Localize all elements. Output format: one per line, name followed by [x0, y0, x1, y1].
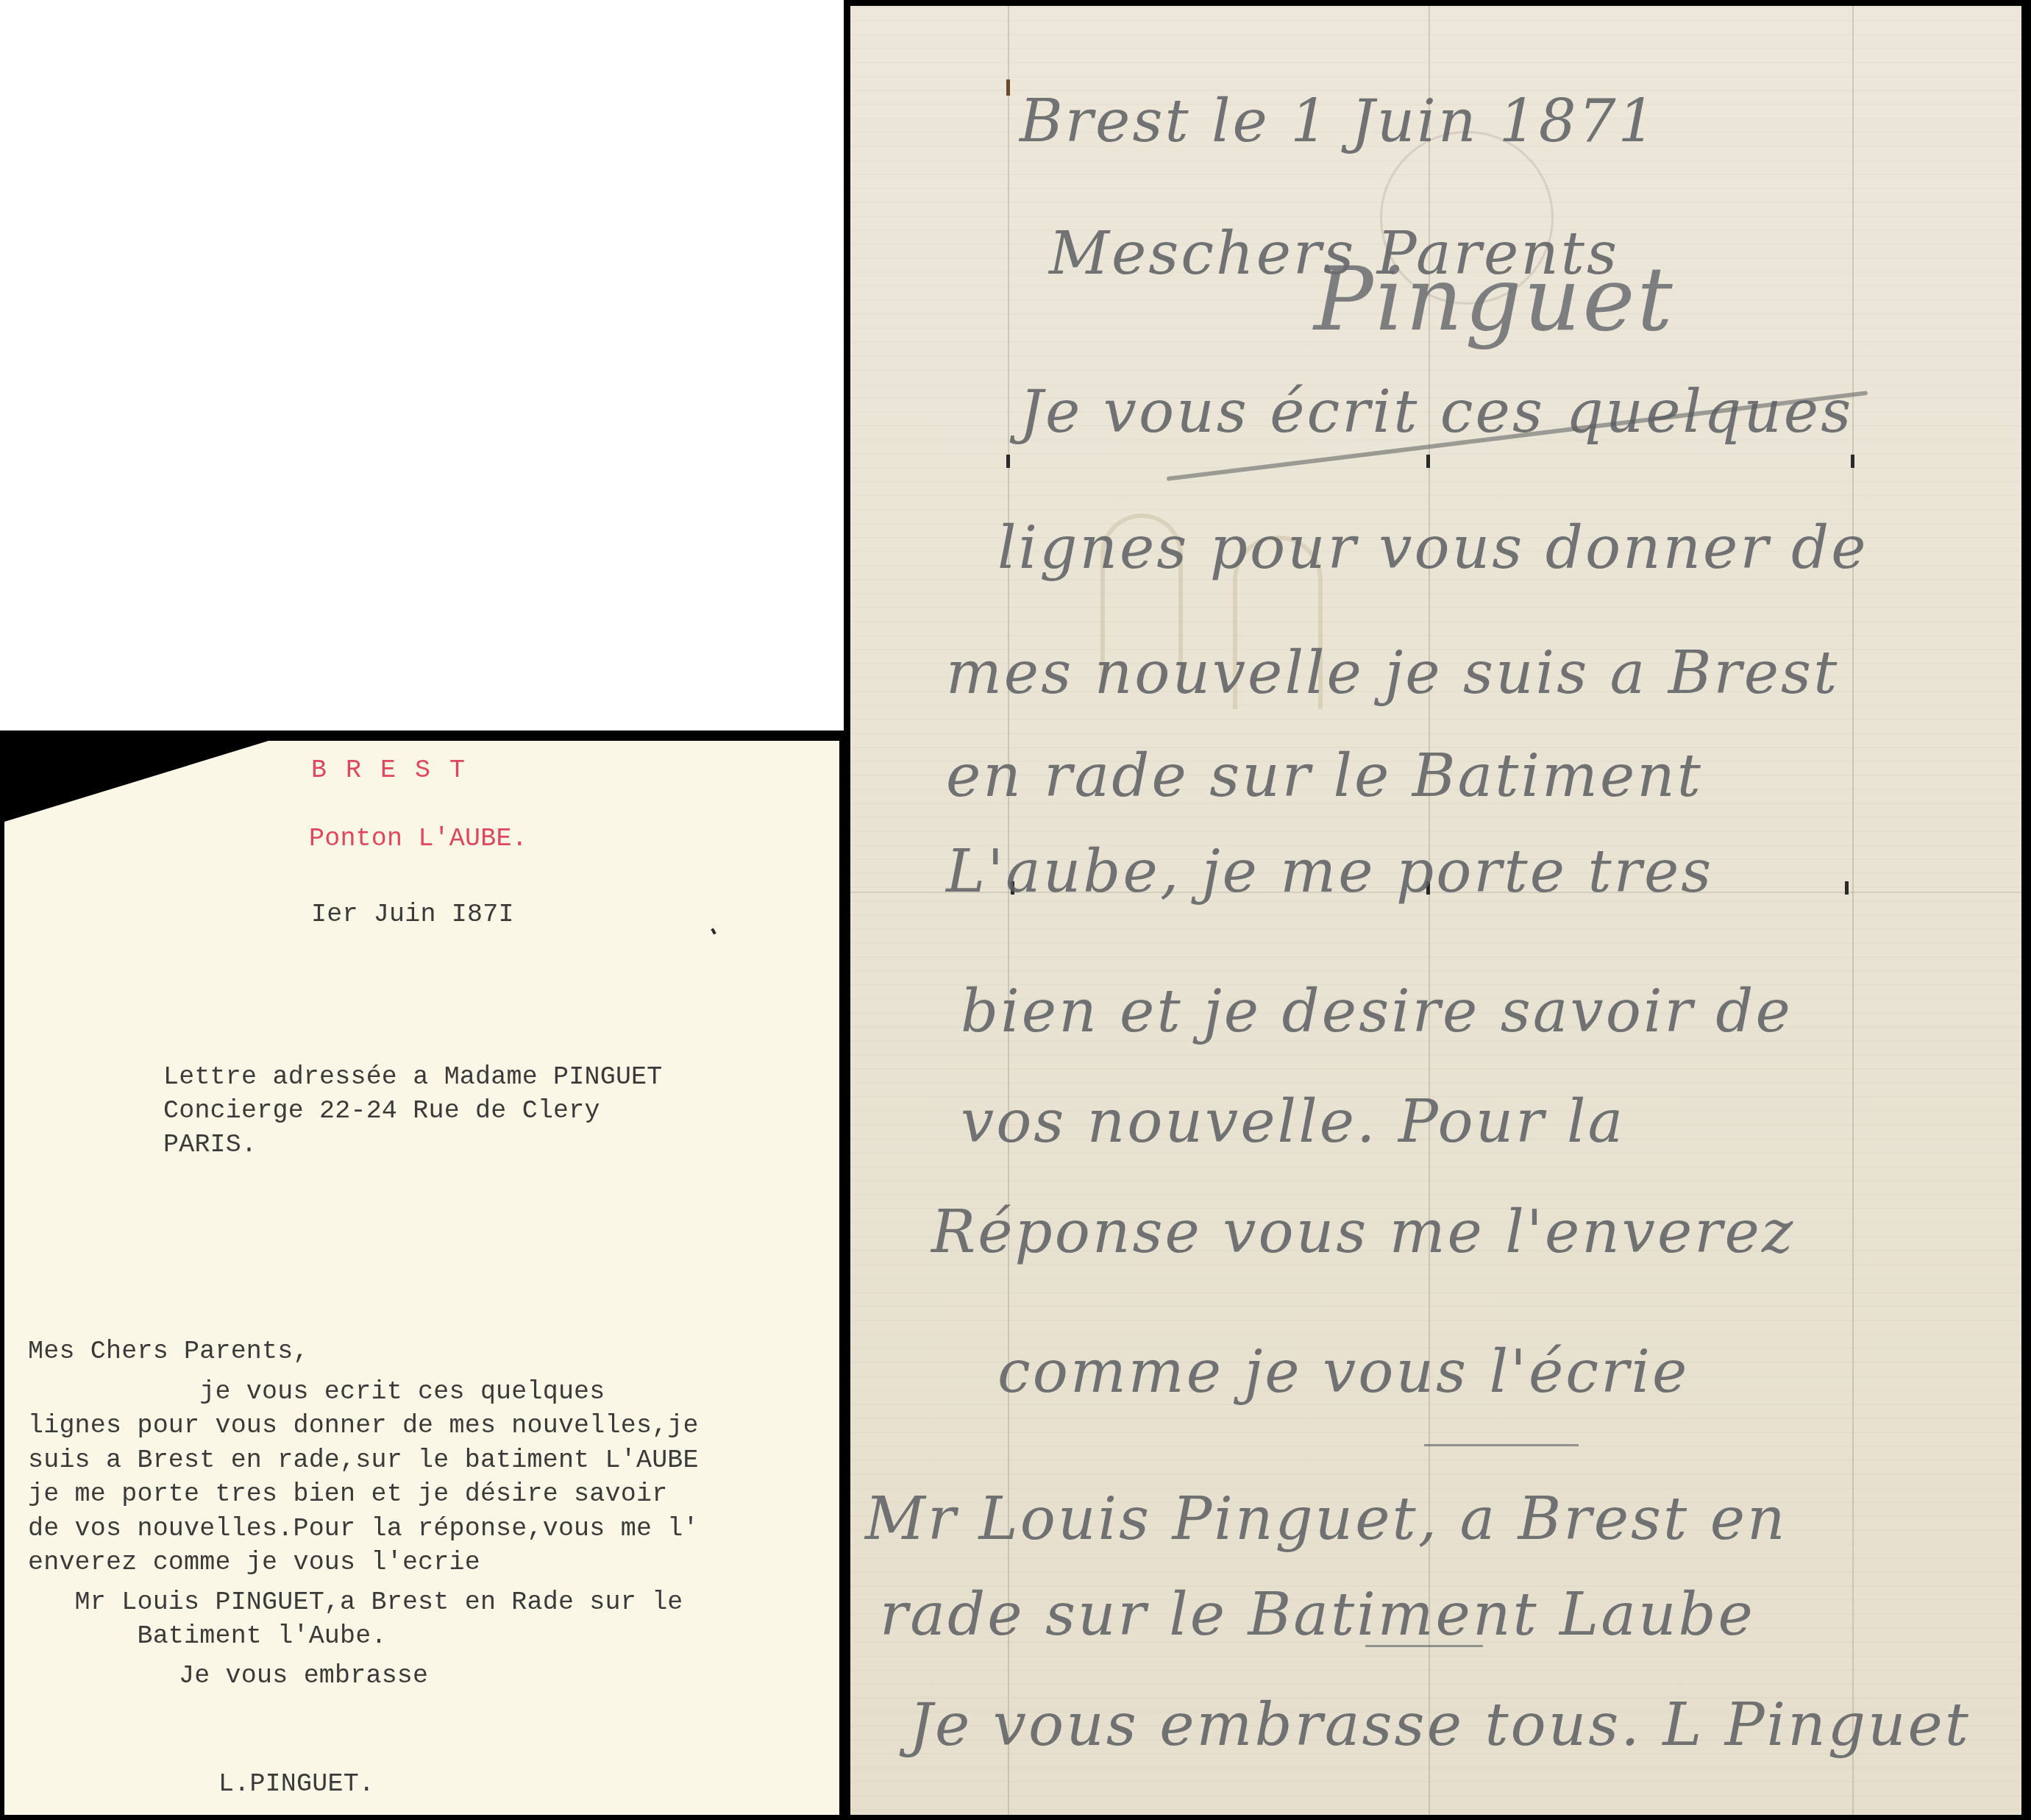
- hw-line: vos nouvelle. Pour la: [961, 1087, 1625, 1156]
- hw-line-name: Pinguet: [1314, 249, 1675, 351]
- body-line: enverez comme je vous l'ecrie: [28, 1548, 480, 1577]
- hw-line: bien et je desire savoir de: [961, 977, 1793, 1045]
- ink-speck: [711, 928, 716, 935]
- greeting: Mes Chers Parents,: [28, 1337, 309, 1366]
- ink-mark: [1006, 79, 1010, 96]
- hw-line: L'aube, je me porte tres: [946, 837, 1713, 906]
- hw-line: rade sur le Batiment Laube: [880, 1580, 1755, 1649]
- ink-mark: [1426, 455, 1430, 468]
- closing: Je vous embrasse: [179, 1661, 428, 1691]
- ink-mark: [1845, 881, 1849, 895]
- hw-line-date: Brest le 1 Juin 1871: [1020, 87, 1657, 155]
- blank-background: [0, 0, 844, 731]
- body-line: lignes pour vous donner de mes nouvelles…: [28, 1411, 699, 1440]
- hw-line: en rade sur le Batiment: [946, 742, 1703, 810]
- handwritten-letter: Brest le 1 Juin 1871 Meschers Parents Pi…: [850, 6, 2021, 1815]
- header-city: BREST: [311, 756, 484, 785]
- hw-line: Réponse vous me l'enverez: [931, 1198, 1795, 1266]
- signature: L.PINGUET.: [218, 1769, 374, 1799]
- hw-line: comme je vous l'écrie: [997, 1337, 1689, 1406]
- hw-line: lignes pour vous donner de: [997, 513, 1868, 582]
- letter-date: Ier Juin I87I: [311, 900, 514, 929]
- body-line: de vos nouvelles.Pour la réponse,vous me…: [28, 1514, 699, 1543]
- body-line: Mr Louis PINGUET,a Brest en Rade sur le: [28, 1588, 683, 1617]
- address-line-1: Lettre adressée a Madame PINGUET: [163, 1062, 663, 1092]
- typed-transcription-card: BREST Ponton L'AUBE. Ier Juin I87I Lettr…: [0, 741, 839, 1815]
- body-line: suis a Brest en rade,sur le batiment L'A…: [28, 1446, 699, 1475]
- hw-line: mes nouvelle je suis a Brest: [946, 639, 1839, 707]
- underline: [1365, 1645, 1483, 1647]
- address-line-2: Concierge 22-24 Rue de Clery: [163, 1096, 600, 1126]
- underline: [1424, 1444, 1579, 1446]
- ink-mark: [1006, 455, 1010, 468]
- fold-line: [1852, 6, 1854, 1815]
- body-line: Batiment l'Aube.: [28, 1621, 387, 1651]
- header-ship: Ponton L'AUBE.: [309, 824, 527, 853]
- address-line-3: PARIS.: [163, 1130, 257, 1159]
- hw-line-signature-address: Mr Louis Pinguet, a Brest en: [865, 1485, 1788, 1553]
- ink-mark: [1851, 455, 1854, 468]
- body-line: je me porte tres bien et je désire savoi…: [28, 1479, 667, 1509]
- hw-line-closing: Je vous embrasse tous. L Pinguet: [909, 1691, 1971, 1759]
- body-line: je vous ecrit ces quelques: [28, 1377, 605, 1407]
